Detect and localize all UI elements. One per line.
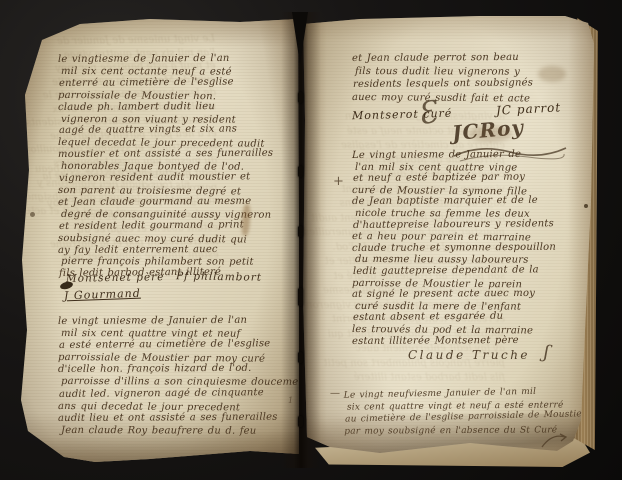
manuscript-line: ay fay ledit enterrement auec — [58, 243, 273, 256]
signature-roy: JCRoy — [451, 115, 525, 145]
manuscript-line: d'hauttepreise laboureurs y residents — [353, 218, 556, 231]
manuscript-line: de Jean baptiste marquier et de le — [352, 195, 556, 208]
manuscript-line: par moy soubsigné en l'absence du St Cur… — [344, 424, 586, 437]
manuscript-line: claude truche et symonne despouillon — [352, 242, 556, 255]
binding-stitch — [298, 92, 303, 103]
ink-spot — [30, 212, 35, 217]
ink-spot — [584, 204, 588, 208]
manuscript-line: aagé de quattre vingts et six ans — [59, 124, 273, 138]
manuscript-line: Le vingt uniesme de Januier de — [352, 149, 556, 162]
margin-cross-mark: + — [333, 174, 344, 189]
manuscript-line: claude ph. lambert dudit lieu — [58, 100, 273, 113]
baptism-entry-jan21: Le vingt uniesme de Januier del'an mil s… — [352, 150, 556, 347]
manuscript-line: estant absent et esgarée du — [353, 311, 556, 324]
manuscript-line: d'icelle hon. françois hizard de l'od. — [58, 363, 309, 377]
paper-stain — [538, 66, 566, 82]
manuscript-line: at signé le present acte auec moy — [352, 288, 556, 301]
manuscript-line: fils ledit barbod estant illiteré — [304, 371, 505, 386]
manuscript-line: Le vingt uniesme de Januier de — [22, 32, 215, 49]
margin-numeral: 1 — [288, 396, 293, 405]
manuscript-line: a esté enterré au cimetière de l'esglise — [59, 338, 309, 352]
burial-entry-jan21: le vingt uniesme de Januier de l'anmil s… — [58, 316, 309, 437]
manuscript-line: residents lesquels ont soubsignés — [353, 76, 533, 91]
burial-entry-jan20: le vingtiesme de Januier de l'anmil six … — [58, 54, 273, 280]
manuscript-line: et resident ledit gourmand a print — [59, 219, 273, 233]
manuscript-line: le vingt uniesme de Januier de l'an — [58, 314, 309, 328]
manuscript-line: et Jean claude gourmand au mesme — [58, 196, 273, 209]
manuscript-line: et Jean claude perrot son beau — [352, 51, 533, 65]
manuscript-line: enterré au cimetière de l'esglise — [59, 76, 273, 90]
signature-montsenet: Montsenet père — [66, 271, 165, 285]
manuscript-line: et neuf a esté baptizée par moy — [353, 171, 556, 184]
burial-entry-continuation: et Jean claude perrot son beaufils tous … — [352, 52, 533, 104]
manuscript-line: audit lieu et ont assisté a ses funerail… — [58, 411, 309, 425]
manuscript-line: vigneron resident audit moustier et — [59, 171, 273, 185]
manuscript-photo: Le vingt uniesme de Januier del'an mil s… — [0, 0, 622, 480]
manuscript-line: estant illiterée Montsenet père — [352, 334, 556, 347]
manuscript-line: le vingtiesme de Januier de l'an — [58, 53, 273, 66]
signature-philambort: Pf philambort — [176, 270, 262, 283]
signature-gourmand: J Gourmand — [64, 287, 141, 303]
manuscript-line: Jean claude Roy beaufrere du d. feu — [61, 425, 309, 438]
left-page: Le vingt uniesme de Januier del'an mil s… — [18, 16, 300, 466]
signature-parrot: JC parrot — [496, 100, 562, 117]
manuscript-line: audit led. vigneron aagé de cinquante — [59, 386, 309, 400]
manuscript-line: ledit gauttepreise dependant de la — [353, 264, 556, 277]
burial-entry-jan29: Le vingt neufviesme Januier de l'an mils… — [344, 386, 587, 437]
right-page: le vingtiesme de Januier de l'anmil six … — [300, 14, 598, 468]
signature-truche: Claude Truche — [408, 348, 530, 362]
manuscript-line: moustier et ont assisté a ses funeraille… — [58, 148, 273, 161]
margin-dash: — — [330, 388, 340, 399]
